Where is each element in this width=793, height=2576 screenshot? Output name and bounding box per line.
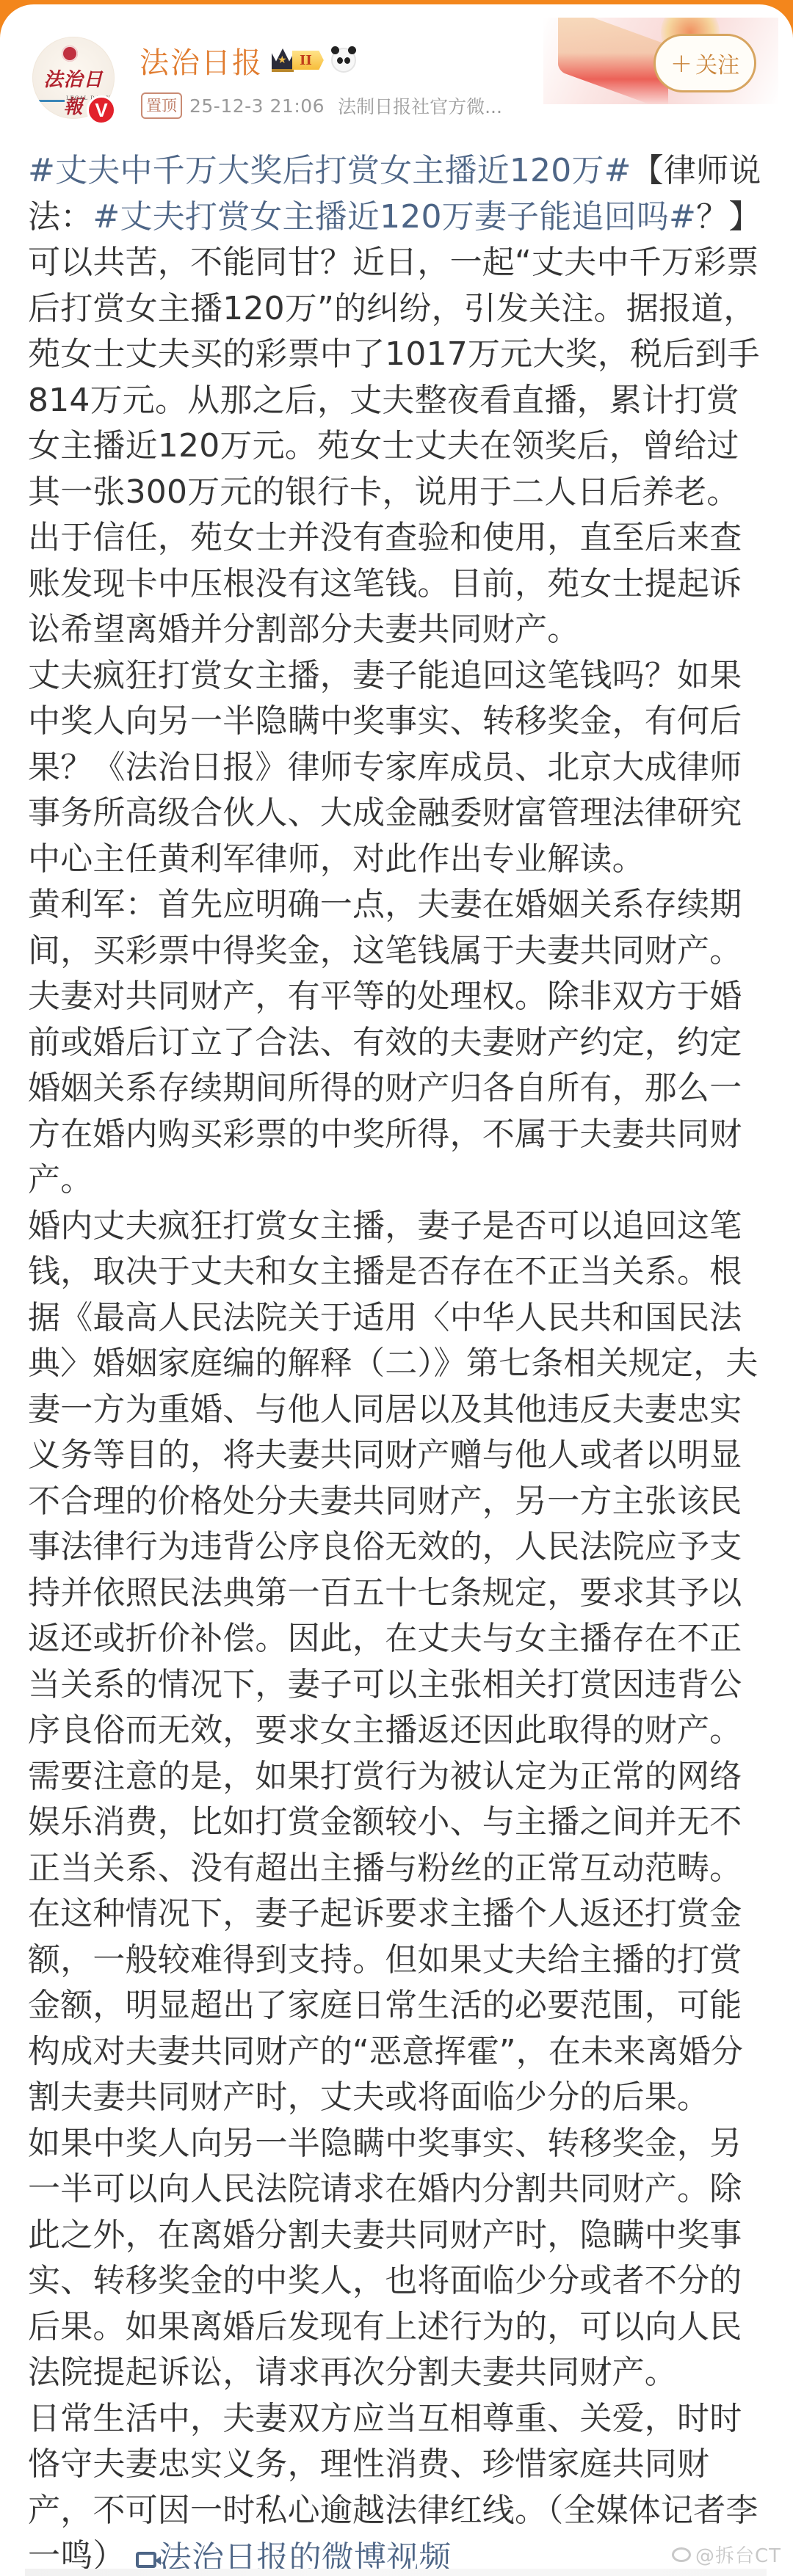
account-name[interactable]: 法治日报: [140, 40, 263, 81]
meta-row: 置顶 25-12-3 21:06 法制日报社官方微...: [141, 91, 502, 120]
media-preview-strip: [25, 2569, 767, 2576]
topic-link-lottery[interactable]: #丈夫中千万大奖后打赏女主播近120万#: [28, 152, 631, 189]
paragraph: 夫妻对共同财产，有平等的处理权。除非双方于婚前或婚后订立了合法、有效的夫妻财产约…: [28, 974, 770, 1204]
post-source: 法制日报社官方微...: [338, 92, 502, 119]
plus-icon: +: [670, 48, 692, 79]
paragraph: 黄利军：首先应明确一点，夫妻在婚姻关系存续期间，买彩票中得奖金，这笔钱属于夫妻共…: [28, 882, 770, 974]
panda-eye-left: [337, 57, 343, 64]
verified-badge-icon: V: [87, 95, 116, 125]
building-illustration: [558, 18, 668, 104]
vip-badge[interactable]: II: [272, 48, 324, 72]
pinned-badge: 置顶: [141, 92, 182, 119]
post-header: 法治日報 LEGAL DAILY V 法治日报 II 置顶 25-12-3 21…: [0, 4, 793, 137]
emblem-icon: [62, 46, 78, 62]
paragraph: 需要注意的是，如果打赏行为被认定为正常的网络娱乐消费，比如打赏金额较小、与主播之…: [28, 1754, 770, 2121]
weibo-logo-icon: [672, 2547, 691, 2562]
post-card: 法治日報 LEGAL DAILY V 法治日报 II 置顶 25-12-3 21…: [0, 4, 793, 2576]
panda-eye-right: [344, 57, 350, 64]
name-row: 法治日报 II: [140, 38, 356, 82]
follow-label: 关注: [695, 47, 739, 79]
paragraph: 如果中奖人向另一半隐瞒中奖事实、转移奖金，另一半可以向人民法院请求在婚内分割共同…: [28, 2121, 770, 2396]
follow-button[interactable]: + 关注: [653, 34, 756, 92]
closing-paragraph: 日常生活中，夫妻双方应当互相尊重、关爱，时时恪守夫妻忠实义务，理性消费、珍惜家庭…: [28, 2396, 770, 2576]
panda-icon[interactable]: [331, 48, 356, 73]
topic-link-recover[interactable]: #丈夫打赏女主播近120万妻子能追回吗#: [93, 198, 696, 236]
post-headline: #丈夫中千万大奖后打赏女主播近120万#【律师说法：#丈夫打赏女主播近120万妻…: [28, 148, 770, 240]
logo-line: [35, 100, 65, 102]
post-body: #丈夫中千万大奖后打赏女主播近120万#【律师说法：#丈夫打赏女主播近120万妻…: [28, 148, 770, 2576]
watermark: @拆台CT: [672, 2541, 781, 2568]
member-level-tag: II: [292, 51, 324, 70]
video-camera-icon: [136, 2552, 156, 2568]
headline-end: ？】: [696, 198, 761, 236]
crown-icon: [272, 48, 294, 72]
paragraph: 可以共苦，不能同甘？近日，一起“丈夫中千万彩票后打赏女主播120万”的纠纷，引发…: [28, 240, 770, 653]
post-timestamp: 25-12-3 21:06: [189, 95, 325, 117]
paragraph: 丈夫疯狂打赏女主播，妻子能追回这笔钱吗？如果中奖人向另一半隐瞒中奖事实、转移奖金…: [28, 653, 770, 883]
paragraph: 婚内丈夫疯狂打赏女主播，妻子是否可以追回这笔钱，取决于丈夫和女主播是否存在不正当…: [28, 1204, 770, 1754]
watermark-text: @拆台CT: [695, 2541, 781, 2568]
